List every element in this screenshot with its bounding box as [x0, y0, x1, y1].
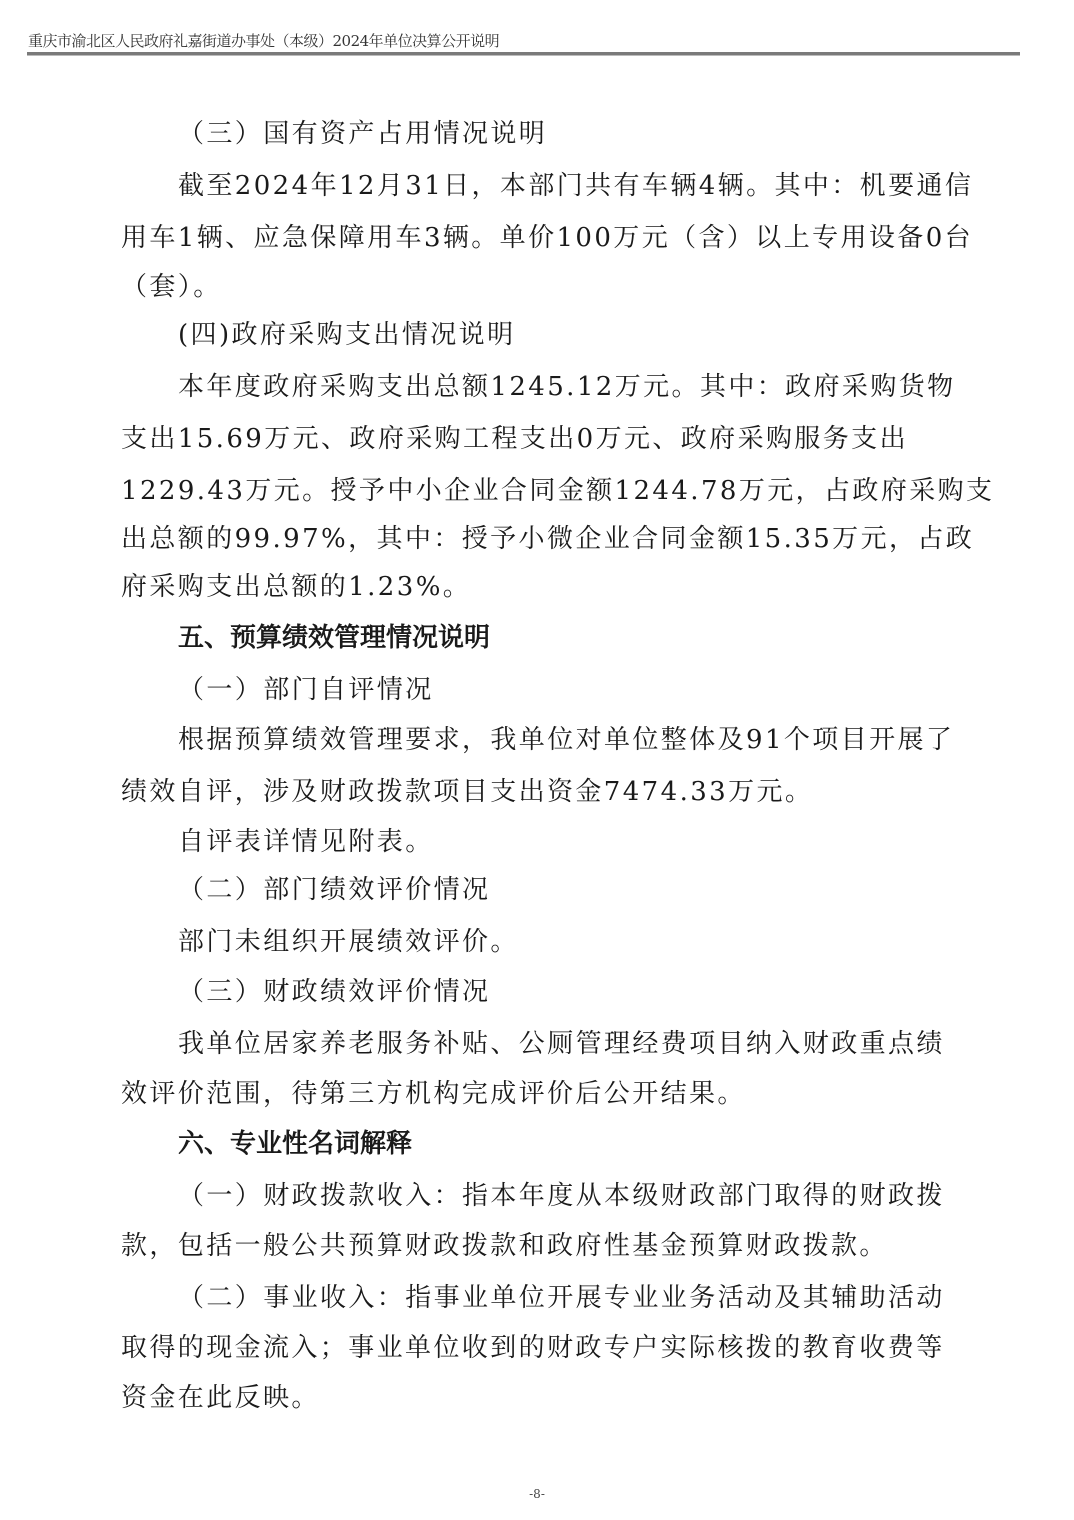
glossary-item-line: （二）事业收入：指事业单位开展专业业务活动及其辅助活动	[178, 1281, 945, 1315]
glossary-item-line: 资金在此反映。	[121, 1381, 320, 1415]
paragraph-line: 支出15.69万元、政府采购工程支出0万元、政府采购服务支出	[121, 422, 908, 456]
paragraph-line: 部门未组织开展绩效评价。	[178, 925, 519, 959]
paragraph-line: 自评表详情见附表。	[178, 825, 434, 859]
paragraph-line: 我单位居家养老服务补贴、公厕管理经费项目纳入财政重点绩	[178, 1027, 945, 1061]
paragraph-line: 效评价范围，待第三方机构完成评价后公开结果。	[121, 1077, 746, 1111]
header-divider	[27, 52, 1020, 56]
paragraph-line: 截至2024年12月31日，本部门共有车辆4辆。其中：机要通信	[178, 169, 973, 203]
chapter-heading-performance: 五、预算绩效管理情况说明	[178, 621, 490, 655]
paragraph-line: 绩效自评，涉及财政拨款项目支出资金7474.33万元。	[121, 775, 813, 809]
section-heading-self-eval: （一）部门自评情况	[178, 673, 434, 707]
chapter-heading-glossary: 六、专业性名词解释	[178, 1127, 412, 1161]
paragraph-line: 府采购支出总额的1.23%。	[121, 570, 471, 604]
section-heading-procurement: (四)政府采购支出情况说明	[178, 318, 516, 352]
paragraph-line: 根据预算绩效管理要求，我单位对单位整体及91个项目开展了	[178, 723, 954, 757]
glossary-item-line: 取得的现金流入；事业单位收到的财政专户实际核拨的教育收费等	[121, 1331, 945, 1365]
paragraph-line: 1229.43万元。授予中小企业合同金额1244.78万元，占政府采购支	[121, 474, 994, 508]
paragraph-line: （套）。	[121, 270, 222, 304]
paragraph-line: 本年度政府采购支出总额1245.12万元。其中：政府采购货物	[178, 370, 956, 404]
paragraph-line: 用车1辆、应急保障用车3辆。单价100万元（含）以上专用设备0台	[121, 221, 973, 255]
glossary-item-line: 款，包括一般公共预算财政拨款和政府性基金预算财政拨款。	[121, 1229, 888, 1263]
page-number: -8-	[0, 1487, 1074, 1501]
section-heading-assets: （三）国有资产占用情况说明	[178, 117, 547, 151]
section-heading-dept-eval: （二）部门绩效评价情况	[178, 873, 490, 907]
glossary-item-line: （一）财政拨款收入：指本年度从本级财政部门取得的财政拨	[178, 1179, 945, 1213]
section-heading-fiscal-eval: （三）财政绩效评价情况	[178, 975, 490, 1009]
document-header-title: 重庆市渝北区人民政府礼嘉街道办事处（本级）2024年单位决算公开说明	[28, 30, 499, 51]
paragraph-line: 出总额的99.97%，其中：授予小微企业合同金额15.35万元，占政	[121, 522, 974, 556]
